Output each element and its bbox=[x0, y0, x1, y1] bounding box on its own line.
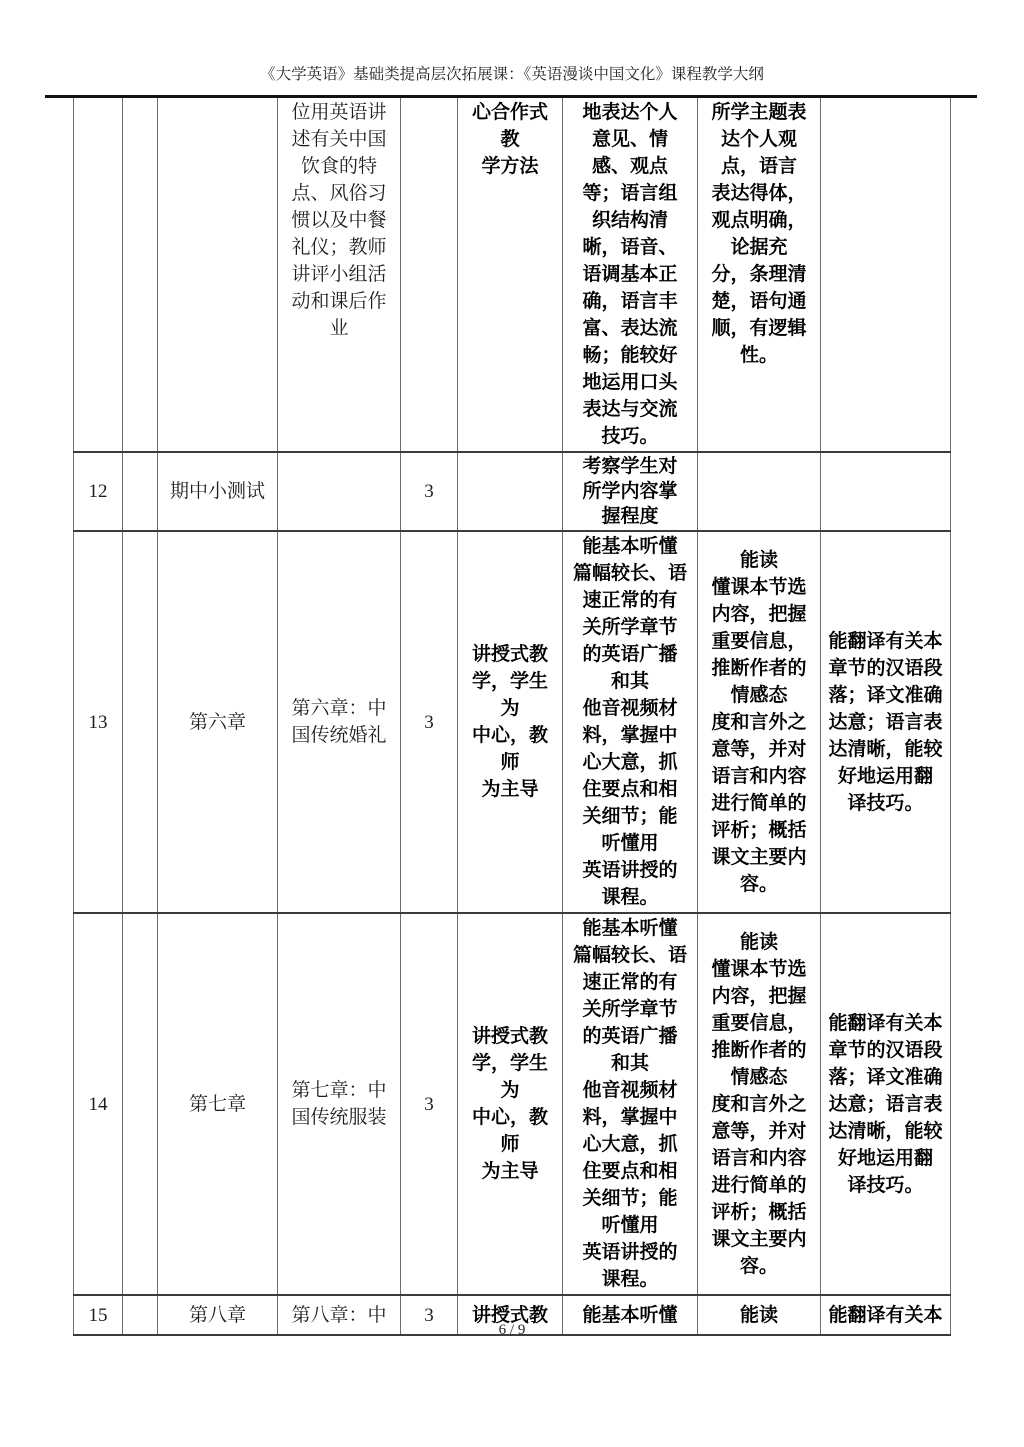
cell-chapter: 期中小测试 bbox=[158, 452, 278, 531]
cell-topic: 位用英语讲 述有关中国 饮食的特 点、风俗习 惯以及中餐 礼仪；教师 讲评小组活… bbox=[278, 98, 401, 452]
cell-hours: 3 bbox=[401, 913, 458, 1295]
cell-listening-objective: 考察学生对 所学内容掌 握程度 bbox=[563, 452, 698, 531]
cell-row-number: 14 bbox=[74, 913, 123, 1295]
cell-topic: 第六章：中 国传统婚礼 bbox=[278, 531, 401, 913]
cell-spacer bbox=[123, 452, 158, 531]
cell-hours: 3 bbox=[401, 531, 458, 913]
document-page: 《大学英语》基础类提高层次拓展课：《英语漫谈中国文化》课程教学大纲 位用英语讲 … bbox=[0, 0, 1024, 1447]
cell-reading-objective: 能读 懂课本节选 内容，把握 重要信息， 推断作者的 情感态 度和言外之 意等，… bbox=[698, 531, 821, 913]
cell-translation-objective: 能翻译有关本 章节的汉语段 落；译文准确 达意；语言表 达清晰，能较 好地运用翻… bbox=[821, 531, 951, 913]
table-row: 14 第七章 第七章：中 国传统服装 3 讲授式教 学，学生为 中心，教师 为主… bbox=[74, 913, 951, 1295]
cell-row-number: 13 bbox=[74, 531, 123, 913]
table-row: 位用英语讲 述有关中国 饮食的特 点、风俗习 惯以及中餐 礼仪；教师 讲评小组活… bbox=[74, 98, 951, 452]
cell-hours bbox=[401, 98, 458, 452]
cell-topic bbox=[278, 452, 401, 531]
cell-chapter bbox=[158, 98, 278, 452]
cell-reading-objective: 能读 懂课本节选 内容，把握 重要信息， 推断作者的 情感态 度和言外之 意等，… bbox=[698, 913, 821, 1295]
cell-teaching-method: 心合作式教 学方法 bbox=[458, 98, 563, 452]
syllabus-table: 位用英语讲 述有关中国 饮食的特 点、风俗习 惯以及中餐 礼仪；教师 讲评小组活… bbox=[73, 98, 951, 1336]
cell-listening-objective: 能基本听懂 篇幅较长、语 速正常的有 关所学章节 的英语广播 和其 他音视频材 … bbox=[563, 913, 698, 1295]
cell-topic: 第七章：中 国传统服装 bbox=[278, 913, 401, 1295]
cell-hours: 3 bbox=[401, 452, 458, 531]
cell-teaching-method bbox=[458, 452, 563, 531]
cell-spacer bbox=[123, 531, 158, 913]
cell-listening-objective: 能基本听懂 篇幅较长、语 速正常的有 关所学章节 的英语广播 和其 他音视频材 … bbox=[563, 531, 698, 913]
cell-chapter: 第六章 bbox=[158, 531, 278, 913]
cell-row-number: 12 bbox=[74, 452, 123, 531]
cell-teaching-method: 讲授式教 学，学生为 中心，教师 为主导 bbox=[458, 531, 563, 913]
cell-translation-objective bbox=[821, 452, 951, 531]
cell-reading-objective bbox=[698, 452, 821, 531]
cell-reading-objective: 所学主题表 达个人观 点，语言 表达得体， 观点明确， 论据充 分，条理清 楚，… bbox=[698, 98, 821, 452]
page-title: 《大学英语》基础类提高层次拓展课：《英语漫谈中国文化》课程教学大纲 bbox=[0, 64, 1024, 86]
table-row: 12 期中小测试 3 考察学生对 所学内容掌 握程度 bbox=[74, 452, 951, 531]
cell-chapter: 第七章 bbox=[158, 913, 278, 1295]
table-row: 13 第六章 第六章：中 国传统婚礼 3 讲授式教 学，学生为 中心，教师 为主… bbox=[74, 531, 951, 913]
cell-translation-objective: 能翻译有关本 章节的汉语段 落；译文准确 达意；语言表 达清晰，能较 好地运用翻… bbox=[821, 913, 951, 1295]
cell-translation-objective bbox=[821, 98, 951, 452]
cell-listening-objective: 地表达个人 意见、情 感、观点 等；语言组 织结构清 晰，语音、 语调基本正 确… bbox=[563, 98, 698, 452]
page-number: 6 / 9 bbox=[0, 1322, 1024, 1339]
cell-spacer bbox=[123, 913, 158, 1295]
cell-spacer bbox=[123, 98, 158, 452]
cell-row-number bbox=[74, 98, 123, 452]
cell-teaching-method: 讲授式教 学，学生为 中心，教师 为主导 bbox=[458, 913, 563, 1295]
